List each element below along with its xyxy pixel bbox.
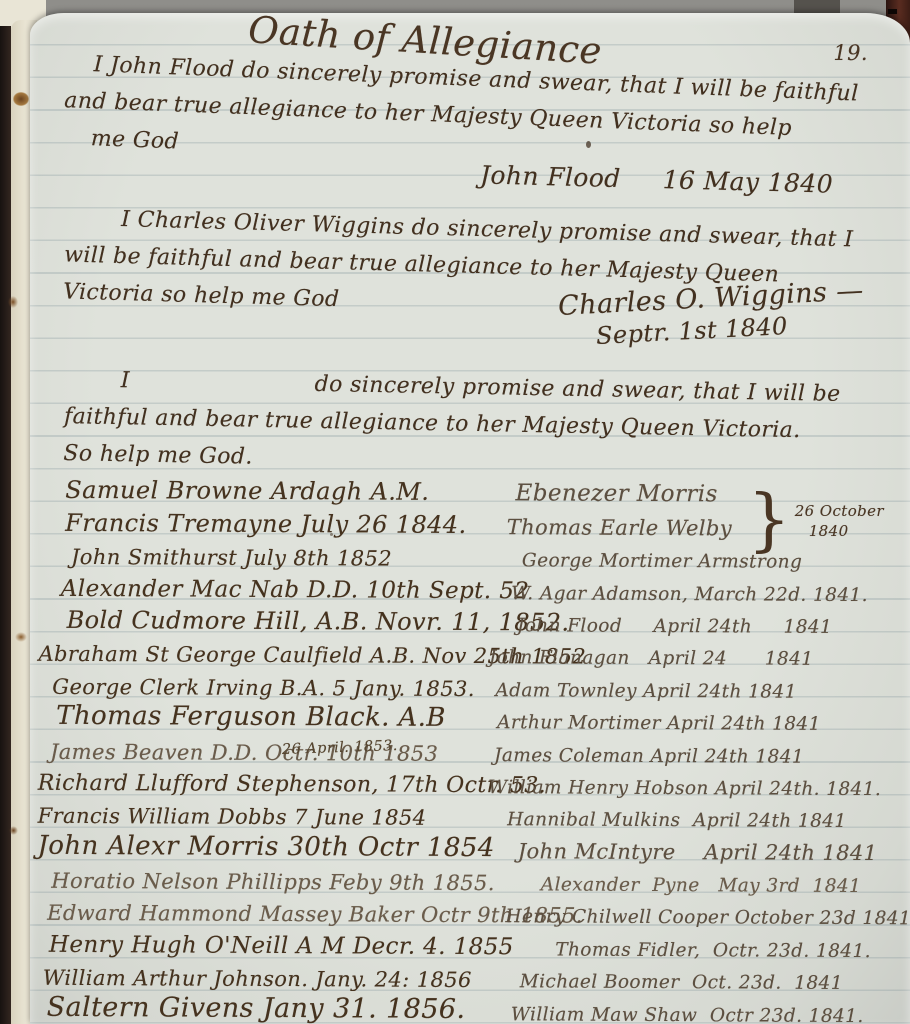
- ink-blot: [586, 141, 591, 148]
- signature-row: John Alexr Morris 30th Octr 1854John McI…: [37, 828, 903, 865]
- signature-left: John Smithurst July 8th 1852: [39, 545, 486, 571]
- manuscript-photo: Oath of Allegiance 19. I John Flood do s…: [0, 0, 910, 1024]
- signature-right: James Coleman April 24th 1841: [494, 745, 904, 768]
- signature-date: 16 May 1840: [662, 165, 833, 198]
- oath-paragraph-3: I do sincerely promise and swear, that I…: [63, 361, 895, 488]
- signature-right: William Henry Hobson April 24th. 1841.: [488, 777, 904, 800]
- signature-left: Bold Cudmore Hill, A.B. Novr. 11, 1852.: [39, 606, 517, 637]
- signature-name: John Flood: [480, 160, 621, 193]
- signature-row: Horatio Nelson Phillipps Feby 9th 1855.A…: [37, 860, 903, 897]
- signature-left: Abraham St George Caulfield A.B. Nov 25t…: [38, 642, 488, 668]
- signature-row: Bold Cudmore Hill, A.B. Novr. 11, 1852.J…: [39, 601, 905, 638]
- signature-right: Arthur Mortimer April 24th 1841: [497, 712, 904, 735]
- signature-row: Henry Hugh O'Neill A M Decr. 4. 1855Thom…: [37, 925, 903, 962]
- signature-left: Saltern Givens Jany 31. 1856.: [37, 991, 471, 1024]
- signature-right: Thomas Fidler, Octr. 23d. 1841.: [499, 939, 903, 962]
- brace-annotation: } 26 October 1840: [747, 491, 884, 551]
- signature-left: George Clerk Irving B.A. 5 Jany. 1853.: [38, 674, 495, 700]
- signature-left: Edward Hammond Massey Baker Octr 9th 185…: [37, 901, 497, 927]
- foxing-spot: [13, 92, 29, 106]
- signature-right: Michael Boomer Oct. 23d. 1841: [472, 971, 903, 994]
- signature-right: William Maw Shaw Octr 23d. 1841.: [471, 1004, 903, 1024]
- signature-row: Francis William Dobbs 7 June 1854Hanniba…: [38, 796, 904, 833]
- signature-left: John Alexr Morris 30th Octr 1854: [37, 830, 487, 862]
- foxing-spot: [8, 296, 18, 308]
- brace-note-line2: 1840: [795, 522, 849, 540]
- brace-note-line1: 26 October: [795, 502, 884, 520]
- signature-right: Alexander Pyne May 3rd 1841: [495, 874, 904, 897]
- signature-right: Henry Chilwell Cooper October 23d 1841: [497, 907, 910, 930]
- signature-row: Richard Llufford Stephenson, 17th Octr. …: [38, 763, 904, 800]
- signature-left: Francis William Dobbs 7 June 1854: [38, 804, 468, 830]
- brace-note: 26 October 1840: [795, 501, 884, 541]
- signature-row: Saltern Givens Jany 31. 1856.William Maw…: [37, 990, 903, 1024]
- book-spine: [0, 26, 11, 1024]
- ledger-page: Oath of Allegiance 19. I John Flood do s…: [30, 13, 910, 1024]
- signature-left: Horatio Nelson Phillipps Feby 9th 1855.: [37, 869, 495, 895]
- foxing-spot: [15, 632, 27, 642]
- signature-right: John McIntyre April 24th 1841: [488, 839, 904, 865]
- signature-left: Richard Llufford Stephenson, 17th Octr. …: [38, 771, 488, 798]
- signature-left: William Arthur Johnson. Jany. 24: 1856: [37, 966, 472, 992]
- signature-row: Abraham St George Caulfield A.B. Nov 25t…: [38, 634, 904, 671]
- signature-right: W. Agar Adamson, March 22d. 1841.: [511, 583, 905, 606]
- signature-left: Alexander Mac Nab D.D. 10th Sept. 52: [39, 575, 511, 603]
- signature-row: George Clerk Irving B.A. 5 Jany. 1853.Ad…: [38, 666, 904, 703]
- signature-left: Thomas Ferguson Black. A.B: [38, 701, 497, 733]
- signature-row: Thomas Ferguson Black. A.BArthur Mortime…: [38, 698, 904, 735]
- signature-row: Alexander Mac Nab D.D. 10th Sept. 52W. A…: [39, 569, 905, 606]
- foxing-spot: [9, 826, 18, 835]
- brace-icon: }: [747, 491, 790, 551]
- signature-right: Adam Townley April 24th 1841: [495, 680, 904, 703]
- signature-left: Samuel Browne Ardagh A.M.: [39, 476, 487, 506]
- signature-row: James Beaven D.D. Octr. 10th 1853James C…: [38, 731, 904, 768]
- signature-left: James Beaven D.D. Octr. 10th 1853: [38, 739, 494, 765]
- signature-right: Hannibal Mulkins April 24th 1841: [467, 809, 904, 832]
- signature-left: Henry Hugh O'Neill A M Decr. 4. 1855: [37, 932, 499, 960]
- oath-paragraph-1: I John Flood do sincerely promise and sw…: [62, 45, 896, 188]
- ink-blot: [330, 533, 333, 536]
- signature-right: John Flanagan April 24 1841: [489, 647, 905, 670]
- signature-row: William Arthur Johnson. Jany. 24: 1856Mi…: [37, 958, 903, 995]
- signature-row: Edward Hammond Massey Baker Octr 9th 185…: [37, 893, 903, 930]
- page-number: 19.: [833, 41, 868, 65]
- signature-left: Francis Tremayne July 26 1844.: [39, 509, 497, 539]
- signature-right: John Flood April 24th 1841: [517, 615, 905, 638]
- signature-right: George Mortimer Armstrong: [486, 550, 905, 573]
